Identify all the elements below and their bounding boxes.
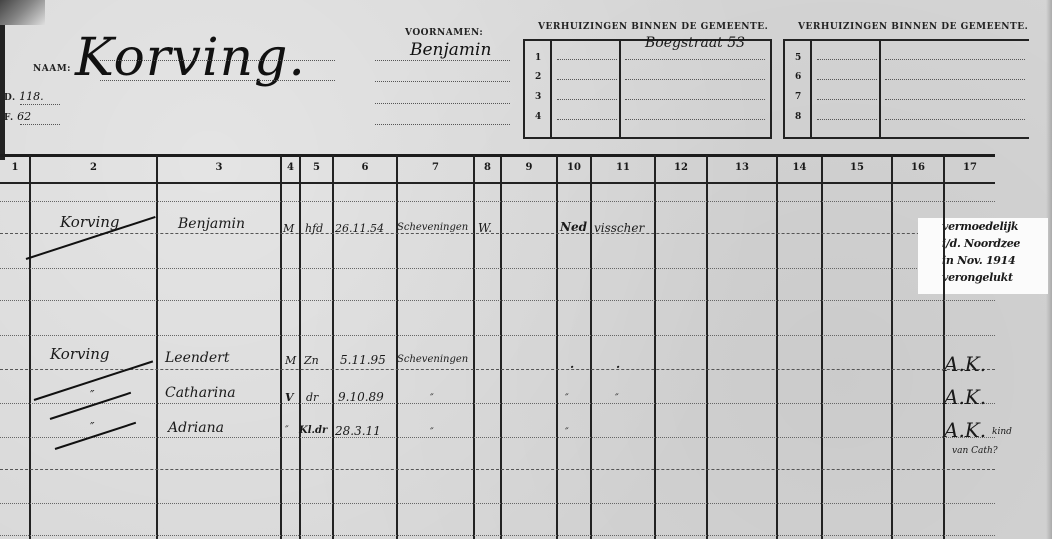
column-divider <box>810 41 812 137</box>
naam-label: NAAM: <box>33 64 71 74</box>
column-number: 15 <box>822 162 892 173</box>
column-divider <box>156 155 158 539</box>
column-divider <box>396 155 398 539</box>
remarks-line: i/d. Noordzee <box>942 237 1020 250</box>
sex-cell: V <box>285 391 294 404</box>
column-divider <box>879 41 881 137</box>
column-divider <box>706 155 708 539</box>
column-divider <box>332 155 334 539</box>
f-value: 62 <box>17 110 31 123</box>
relocation-num: 6 <box>795 72 801 82</box>
column-number: 11 <box>591 162 655 173</box>
sex-cell: M <box>285 354 296 367</box>
column-number: 4 <box>281 162 300 173</box>
relocation-address: Boegstraat 53 <box>645 35 745 51</box>
row-rule <box>0 437 995 438</box>
surname-heading: Korving. <box>75 28 306 88</box>
column-divider <box>821 155 823 539</box>
dotted-rule <box>625 79 765 80</box>
remarks-note: kind <box>992 427 1012 437</box>
sex-ditto-cell: ″ <box>285 425 289 436</box>
dotted-rule <box>557 119 617 120</box>
row-rule <box>0 335 995 336</box>
given-name-heading: Benjamin <box>410 40 491 60</box>
given-name-cell: Catharina <box>165 385 236 401</box>
column-divider <box>590 155 592 539</box>
row-rule <box>0 369 995 370</box>
register-card: NAAM: Korving. D. 118. F. 62 VOORNAMEN: … <box>0 0 1052 539</box>
dotted-rule <box>885 119 1025 120</box>
religion-ditto-cell: ″ <box>565 427 569 438</box>
column-number: 8 <box>474 162 501 173</box>
remarks-initials: A.K. <box>944 418 986 442</box>
relocations-box-left: 1 2 3 4 Boegstraat 53 <box>523 39 772 139</box>
surname-ditto-cell: ″ <box>90 420 94 434</box>
dotted-rule <box>375 81 510 82</box>
relocation-num: 1 <box>535 53 541 63</box>
column-number: 2 <box>30 162 157 173</box>
row-rule <box>0 233 995 234</box>
relocations-title-left: VERHUIZINGEN BINNEN DE GEMEENTE. <box>538 22 768 32</box>
civil-status-cell: W. <box>478 221 492 235</box>
column-number: 6 <box>333 162 397 173</box>
relocation-num: 2 <box>535 72 541 82</box>
row-rule <box>0 503 995 504</box>
d-number: D. 118. <box>4 90 44 103</box>
dotted-rule <box>817 99 877 100</box>
birth-date-cell: 26.11.54 <box>335 222 384 235</box>
column-divider <box>299 155 301 539</box>
relocations-title-right: VERHUIZINGEN BINNEN DE GEMEENTE. <box>798 22 1028 32</box>
column-number: 12 <box>655 162 707 173</box>
column-divider <box>891 155 893 539</box>
column-divider <box>776 155 778 539</box>
column-number: 5 <box>300 162 333 173</box>
relation-cell: Zn <box>304 354 319 367</box>
column-number: 3 <box>157 162 281 173</box>
remarks-line: verongelukt <box>942 271 1013 284</box>
given-name-cell: Leendert <box>165 350 229 366</box>
column-divider <box>29 155 31 539</box>
column-number: 16 <box>892 162 944 173</box>
dotted-rule <box>885 59 1025 60</box>
birth-place-ditto-cell: ″ <box>430 427 434 438</box>
dotted-rule <box>100 80 335 81</box>
table-top-rule <box>0 154 995 157</box>
remarks-initials: A.K. <box>944 385 986 409</box>
dotted-rule <box>100 60 335 61</box>
dotted-rule <box>885 79 1025 80</box>
dotted-rule <box>885 99 1025 100</box>
birth-date-cell: 5.11.95 <box>340 353 386 367</box>
remarks-line: vermoedelijk <box>942 220 1018 233</box>
remarks-line: in Nov. 1914 <box>942 254 1015 267</box>
column-number: 17 <box>944 162 996 173</box>
scan-corner-shadow <box>0 0 45 25</box>
relocation-num: 5 <box>795 53 801 63</box>
column-number: 13 <box>707 162 777 173</box>
birth-place-ditto-cell: ″ <box>430 393 434 404</box>
surname-cell: Korving <box>60 213 120 231</box>
remarks-note: van Cath? <box>952 446 998 456</box>
strikethrough-line <box>55 422 136 450</box>
column-divider <box>654 155 656 539</box>
row-rule <box>0 469 995 470</box>
dotted-rule <box>817 119 877 120</box>
occupation-ditto-cell: ″ <box>615 393 619 404</box>
column-divider <box>473 155 475 539</box>
column-divider <box>619 41 621 137</box>
given-name-cell: Benjamin <box>178 216 245 232</box>
relation-cell: Kl.dr <box>299 425 327 436</box>
dotted-rule <box>20 124 60 125</box>
column-number: 14 <box>777 162 822 173</box>
remarks-initials: A.K. <box>944 352 986 376</box>
dotted-rule <box>557 79 617 80</box>
religion-cell: Ned <box>560 220 587 234</box>
relocation-num: 4 <box>535 112 541 122</box>
dotted-rule <box>817 79 877 80</box>
dotted-rule <box>557 99 617 100</box>
column-divider <box>550 41 552 137</box>
column-number: 1 <box>0 162 30 173</box>
table-header-rule <box>0 182 995 184</box>
surname-cell: Korving <box>50 345 110 363</box>
dotted-rule <box>375 103 510 104</box>
relocation-num: 8 <box>795 112 801 122</box>
column-divider <box>280 155 282 539</box>
given-name-cell: Adriana <box>168 420 224 436</box>
row-rule <box>0 268 995 269</box>
dotted-rule <box>625 99 765 100</box>
dotted-rule <box>20 104 60 105</box>
column-number: 9 <box>501 162 557 173</box>
column-divider <box>943 155 945 539</box>
column-divider <box>500 155 502 539</box>
column-divider <box>556 155 558 539</box>
occupation-cell: visscher <box>594 221 644 235</box>
relation-cell: dr <box>306 391 318 404</box>
voornamen-label: VOORNAMEN: <box>405 28 483 38</box>
column-number: 10 <box>557 162 591 173</box>
dotted-rule <box>625 119 765 120</box>
birth-place-cell: Scheveningen <box>397 354 468 365</box>
dotted-rule <box>625 59 765 60</box>
religion-ditto-cell: ″ <box>565 393 569 404</box>
column-number: 7 <box>397 162 474 173</box>
row-rule <box>0 300 995 301</box>
relocation-num: 7 <box>795 92 801 102</box>
relocations-box-right: 5 6 7 8 <box>783 39 1029 139</box>
row-rule <box>0 403 995 404</box>
dotted-rule <box>375 60 510 61</box>
dotted-rule <box>817 59 877 60</box>
row-rule <box>0 201 995 202</box>
birth-date-cell: 28.3.11 <box>335 424 381 438</box>
birth-date-cell: 9.10.89 <box>338 390 384 404</box>
dotted-rule <box>557 59 617 60</box>
birth-place-cell: Scheveningen <box>397 222 468 233</box>
occupation-cell: · <box>616 360 620 374</box>
sex-cell: M <box>283 222 294 235</box>
f-number: F. 62 <box>4 110 31 123</box>
relocation-num: 3 <box>535 92 541 102</box>
relation-cell: hfd <box>305 222 323 235</box>
row-rule <box>0 535 995 536</box>
d-value: 118. <box>19 90 44 103</box>
surname-ditto-cell: ″ <box>90 388 94 402</box>
column-divider <box>943 218 945 294</box>
dotted-rule <box>375 124 510 125</box>
religion-cell: · <box>570 360 574 374</box>
